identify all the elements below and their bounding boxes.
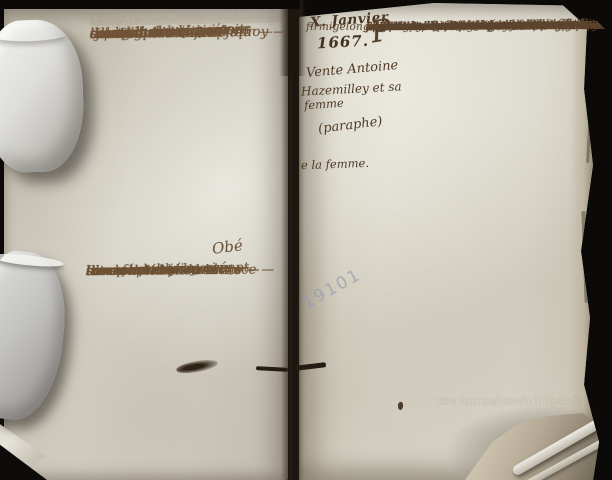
edge-crevice <box>586 91 593 163</box>
background-top-strip <box>0 0 300 9</box>
manuscript-photo: suivans icelles apprehendée firmin Jacqu… <box>0 0 612 480</box>
edge-crevice <box>589 331 596 395</box>
bleedthrough-text: sols d'autre qui estoit danger demeurant… <box>370 392 582 462</box>
margin-note: e la femme. <box>301 156 369 172</box>
bleedthrough-line: il estoit condamné par <box>434 392 582 411</box>
manuscript-line: portant huit faz <box>104 24 216 45</box>
bleedthrough-text: suivans icelles apprehendée firmin Jacqu… <box>90 8 290 249</box>
flourish-mark: Obé <box>211 236 244 258</box>
manuscript-line: condamnés par sentence — <box>86 261 275 280</box>
margin-note: femme <box>304 96 345 113</box>
